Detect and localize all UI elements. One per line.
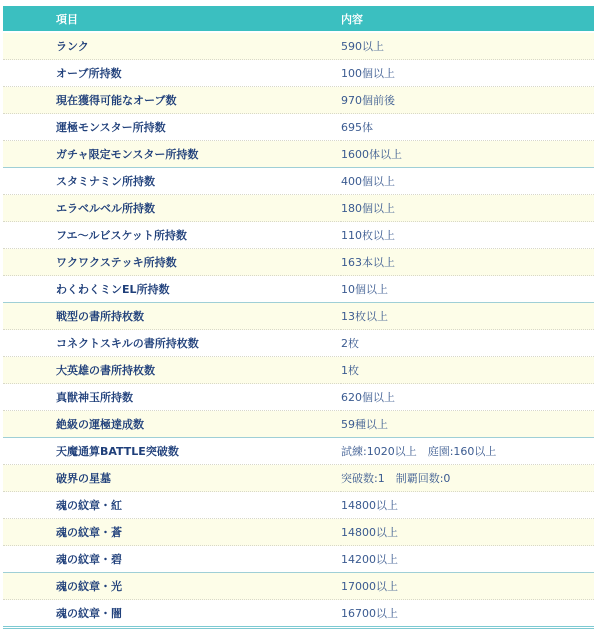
row-content: 590以上 [341, 32, 594, 60]
row-item: 破界の星墓 [3, 465, 341, 492]
row-content: 14200以上 [341, 546, 594, 573]
row-content: 1600体以上 [341, 141, 594, 168]
table-row: 運極モンスター所持数695体 [3, 114, 594, 141]
row-item: コネクトスキルの書所持枚数 [3, 330, 341, 357]
row-item: 魂の紋章・光 [3, 573, 341, 600]
row-item: 大英雄の書所持枚数 [3, 357, 341, 384]
table-row: 魂の紋章・闇16700以上 [3, 600, 594, 628]
header-content: 内容 [341, 6, 594, 32]
row-content: 突破数:1 制覇回数:0 [341, 465, 594, 492]
row-content: 695体 [341, 114, 594, 141]
table-row: エラベルベル所持数180個以上 [3, 195, 594, 222]
table-row: わくわくミンEL所持数10個以上 [3, 276, 594, 303]
row-content: 620個以上 [341, 384, 594, 411]
row-item: 絶級の運極達成数 [3, 411, 341, 438]
row-content: 14800以上 [341, 492, 594, 519]
row-content: 14800以上 [341, 519, 594, 546]
row-item: 魂の紋章・紅 [3, 492, 341, 519]
row-content: 163本以上 [341, 249, 594, 276]
row-item: 魂の紋章・蒼 [3, 519, 341, 546]
table-row: 魂の紋章・紅14800以上 [3, 492, 594, 519]
table-row: ガチャ限定モンスター所持数1600体以上 [3, 141, 594, 168]
row-content: 17000以上 [341, 573, 594, 600]
table-row: フエ〜ルビスケット所持数110枚以上 [3, 222, 594, 249]
table-row: ワクワクステッキ所持数163本以上 [3, 249, 594, 276]
row-content: 100個以上 [341, 60, 594, 87]
table-row: 破界の星墓突破数:1 制覇回数:0 [3, 465, 594, 492]
row-item: 天魔通算BATTLE突破数 [3, 438, 341, 465]
row-content: 970個前後 [341, 87, 594, 114]
row-item: フエ〜ルビスケット所持数 [3, 222, 341, 249]
table-row: 真獣神玉所持数620個以上 [3, 384, 594, 411]
table-row: 現在獲得可能なオーブ数970個前後 [3, 87, 594, 114]
table-body: ランク590以上 オーブ所持数100個以上 現在獲得可能なオーブ数970個前後 … [3, 32, 594, 628]
row-content: 試練:1020以上 庭園:160以上 [341, 438, 594, 465]
row-content: 1枚 [341, 357, 594, 384]
table-row: 魂の紋章・碧14200以上 [3, 546, 594, 573]
table-row: 大英雄の書所持枚数1枚 [3, 357, 594, 384]
row-content: 16700以上 [341, 600, 594, 628]
table-row: 戦型の書所持枚数13枚以上 [3, 303, 594, 330]
row-content: 2枚 [341, 330, 594, 357]
table-row: 絶級の運極達成数59種以上 [3, 411, 594, 438]
table-row: スタミナミン所持数400個以上 [3, 168, 594, 195]
row-item: スタミナミン所持数 [3, 168, 341, 195]
row-item: オーブ所持数 [3, 60, 341, 87]
row-item: ワクワクステッキ所持数 [3, 249, 341, 276]
row-content: 13枚以上 [341, 303, 594, 330]
table-row: ランク590以上 [3, 32, 594, 60]
row-item: わくわくミンEL所持数 [3, 276, 341, 303]
row-content: 400個以上 [341, 168, 594, 195]
table-row: 魂の紋章・光17000以上 [3, 573, 594, 600]
account-stats-table-container: 項目 内容 ランク590以上 オーブ所持数100個以上 現在獲得可能なオーブ数9… [3, 6, 594, 629]
account-stats-table: 項目 内容 ランク590以上 オーブ所持数100個以上 現在獲得可能なオーブ数9… [3, 6, 594, 629]
header-row: 項目 内容 [3, 6, 594, 32]
row-item: 現在獲得可能なオーブ数 [3, 87, 341, 114]
row-content: 110枚以上 [341, 222, 594, 249]
row-item: 真獣神玉所持数 [3, 384, 341, 411]
table-row: 魂の紋章・蒼14800以上 [3, 519, 594, 546]
row-item: ランク [3, 32, 341, 60]
row-item: ガチャ限定モンスター所持数 [3, 141, 341, 168]
table-row: 天魔通算BATTLE突破数試練:1020以上 庭園:160以上 [3, 438, 594, 465]
row-item: エラベルベル所持数 [3, 195, 341, 222]
row-item: 魂の紋章・碧 [3, 546, 341, 573]
table-row: オーブ所持数100個以上 [3, 60, 594, 87]
row-content: 10個以上 [341, 276, 594, 303]
row-content: 180個以上 [341, 195, 594, 222]
table-row: コネクトスキルの書所持枚数2枚 [3, 330, 594, 357]
row-item: 魂の紋章・闇 [3, 600, 341, 628]
table-header: 項目 内容 [3, 6, 594, 32]
row-item: 運極モンスター所持数 [3, 114, 341, 141]
row-content: 59種以上 [341, 411, 594, 438]
row-item: 戦型の書所持枚数 [3, 303, 341, 330]
header-item: 項目 [3, 6, 341, 32]
